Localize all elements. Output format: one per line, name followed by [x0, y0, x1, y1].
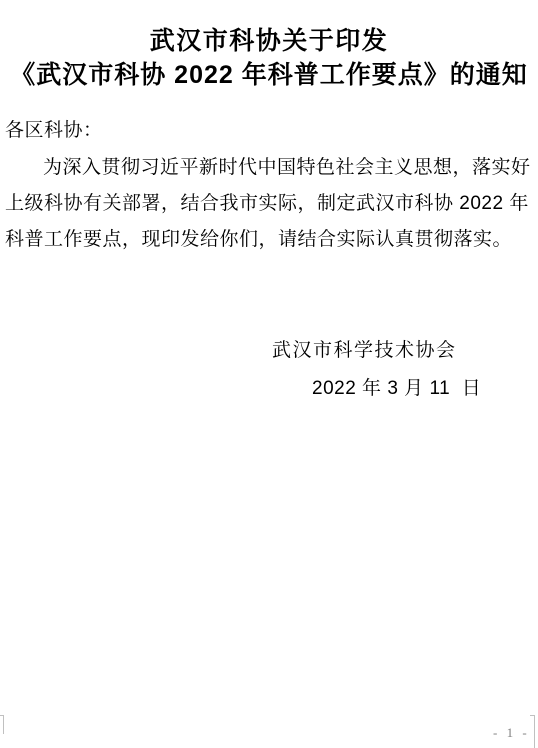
crop-mark-bottom-left-vertical [3, 715, 4, 734]
salutation: 各区科协： [5, 120, 103, 141]
document-title-line-2: 《武汉市科协 2022 年科普工作要点》的通知 [0, 62, 538, 89]
page-number: - 1 - [493, 726, 530, 740]
crop-mark-bottom-right-vertical [534, 715, 535, 748]
signature-org-name: 武汉市科学技术协会 [272, 340, 457, 361]
document-page: 武汉市科协关于印发 《武汉市科协 2022 年科普工作要点》的通知 各区科协： … [0, 0, 538, 748]
body-line: 科普工作要点，现印发给你们，请结合实际认真贯彻落实。 [5, 229, 512, 250]
document-title-line-1: 武汉市科协关于印发 [0, 28, 538, 55]
body-line: 为深入贯彻习近平新时代中国特色社会主义思想，落实好 [43, 157, 531, 178]
signature-date: 2022 年 3 月 11 日 [312, 378, 481, 399]
body-line: 上级科协有关部署，结合我市实际，制定武汉市科协 2022 年 [5, 193, 529, 214]
